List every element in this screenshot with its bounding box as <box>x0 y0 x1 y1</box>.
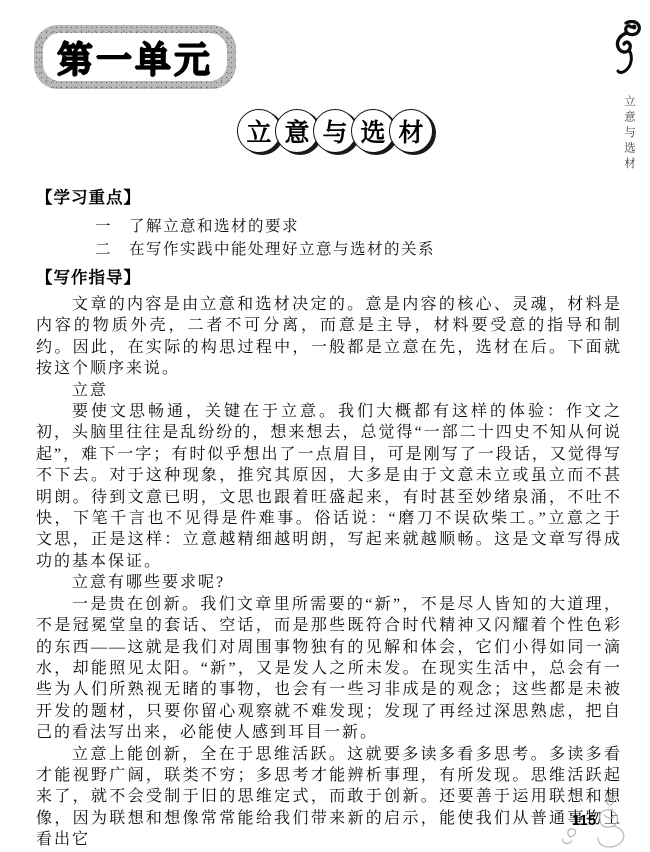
list-item-number: 二 <box>95 238 112 261</box>
list-item-text: 在写作实践中能处理好立意与选材的关系 <box>129 238 435 261</box>
body-paragraph: 立意上能创新，全在于思维活跃。这就要多读多看多思考。多读多看才能视野广阔，联类不… <box>36 744 622 851</box>
book-page: 第一单元 立意与选材 立 意 与 选 材 【学习重点】 一 了解立意和选材的要求… <box>0 0 650 852</box>
ornament-icon <box>612 20 644 82</box>
study-focus-section: 【学习重点】 一 了解立意和选材的要求 二 在写作实践中能处理好立意与选材的关系 <box>36 184 622 261</box>
title-badge: 材 <box>389 109 433 153</box>
unit-banner: 第一单元 <box>34 25 236 89</box>
body-paragraph: 立意有哪些要求呢? <box>36 572 622 593</box>
chapter-title-badges: 立 意 与 选 材 <box>237 109 433 153</box>
body-paragraph: 一是贵在创新。我们文章里所需要的“新”，不是尽人皆知的大道理，不是冠冕堂皇的套话… <box>36 594 622 744</box>
study-focus-list: 一 了解立意和选材的要求 二 在写作实践中能处理好立意与选材的关系 <box>36 215 622 261</box>
writing-guide-section: 【写作指导】 文章的内容是由立意和选材决定的。意是内容的核心、灵魂，材料是内容的… <box>36 264 622 851</box>
study-focus-heading: 【学习重点】 <box>36 184 622 208</box>
page-number: 115 <box>572 812 596 829</box>
body-paragraph: 立意 <box>36 380 622 401</box>
list-item: 一 了解立意和选材的要求 <box>95 215 622 238</box>
flower-sketch-icon <box>558 793 644 851</box>
side-vertical-title: 立意与选材 <box>621 95 637 173</box>
list-item-text: 了解立意和选材的要求 <box>129 215 299 238</box>
unit-banner-title: 第一单元 <box>43 33 227 81</box>
list-item-number: 一 <box>95 215 112 238</box>
writing-guide-heading: 【写作指导】 <box>36 264 622 288</box>
list-item: 二 在写作实践中能处理好立意与选材的关系 <box>95 238 622 261</box>
body-paragraph: 要使文思畅通，关键在于立意。我们大概都有这样的体验：作文之初，头脑里往往是乱纷纷… <box>36 401 622 572</box>
body-paragraph: 文章的内容是由立意和选材决定的。意是内容的核心、灵魂，材料是内容的物质外壳，二者… <box>36 294 622 380</box>
